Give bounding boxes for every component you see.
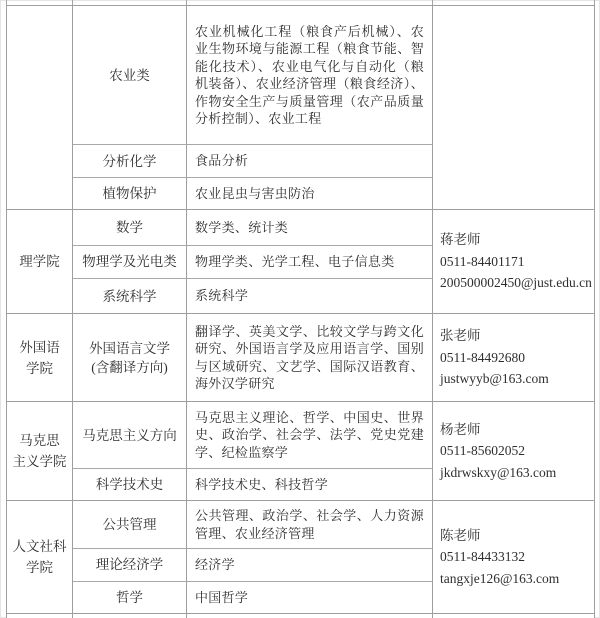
programs-cell: 翻译学、英美文学、比较文学与跨文化研究、外国语言学及应用语言学、国别与区域研究、… (187, 314, 433, 401)
college-cell (7, 6, 73, 209)
admissions-contact-table: 农业类 农业机械化工程（粮食产后机械）、农业生物环境与能源工程（粮食节能、智能化… (6, 5, 595, 618)
major-cell: 公共管理 (73, 501, 187, 548)
major-cell: 外国语言文学 (含翻译方向) (73, 314, 187, 401)
major-cell: 植物保护 (73, 178, 187, 209)
major-cell: 理论经济学 (73, 549, 187, 581)
contact-phone: 0511-84401171 (440, 251, 591, 273)
contact-name: 蒋老师 (440, 229, 591, 251)
major-cell: 马克思主义方向 (73, 402, 187, 468)
contact-name: 张老师 (440, 325, 591, 347)
table-row: 物理学及光电类 物理学类、光学工程、电子信息类 (73, 245, 433, 279)
table-row: 科学技术史 科学技术史、科技哲学 (73, 468, 433, 500)
programs-cell: 公共管理、政治学、社会学、人力资源管理、农业经济管理 (187, 501, 433, 548)
major-cell: 科学技术史 (73, 469, 187, 500)
programs-text: 农业机械化工程（粮食产后机械）、农业生物环境与能源工程（粮食节能、智能化技术）、… (195, 23, 424, 128)
contact-email: 200500002450@just.edu.cn (440, 272, 591, 294)
table-row: 数学 数学类、统计类 (73, 210, 433, 245)
programs-text: 数学类、统计类 (195, 219, 424, 237)
section-rows: 公共管理 公共管理、政治学、社会学、人力资源管理、农业经济管理 理论经济学 经济… (73, 501, 433, 613)
major-cell: 系统科学 (73, 279, 187, 313)
table-row: 马克思主义方向 马克思主义理论、哲学、中国史、世界史、政治学、社会学、法学、党史… (73, 402, 433, 468)
programs-text: 农业昆虫与害虫防治 (195, 185, 424, 203)
table-row: 外国语言文学 (含翻译方向) 翻译学、英美文学、比较文学与跨文化研究、外国语言学… (73, 314, 433, 401)
contact-cell: 蒋老师 0511-84401171 200500002450@just.edu.… (433, 210, 594, 313)
programs-cell: 马克思主义理论、哲学、中国史、世界史、政治学、社会学、法学、党史党建学、纪检监察… (187, 402, 433, 468)
major-cell: 物理学及光电类 (73, 246, 187, 279)
programs-text: 中国哲学 (195, 589, 424, 607)
programs-text: 经济学 (195, 556, 424, 574)
section-rows: 数学 数学类、统计类 物理学及光电类 物理学类、光学工程、电子信息类 系统科学 … (73, 210, 433, 313)
contact-phone: 0511-84492680 (440, 347, 591, 369)
college-cell (7, 614, 73, 618)
contact-phone: 0511-84433132 (440, 546, 591, 568)
table-section-agriculture: 农业类 农业机械化工程（粮食产后机械）、农业生物环境与能源工程（粮食节能、智能化… (7, 6, 594, 209)
programs-cell: 中国哲学 (187, 582, 433, 614)
programs-cell: 农业昆虫与害虫防治 (187, 178, 433, 209)
table-section-marxism: 马克思 主义学院 马克思主义方向 马克思主义理论、哲学、中国史、世界史、政治学、… (7, 401, 594, 500)
major-cell: 分析化学 (73, 145, 187, 177)
table-row: 植物保护 农业昆虫与害虫防治 (73, 177, 433, 209)
table-row (73, 614, 433, 618)
contact-cell: 张老师 0511-84492680 justwyyb@163.com (433, 314, 594, 401)
programs-cell: 经济学 (187, 549, 433, 581)
major-cell (73, 614, 187, 618)
contact-email: justwyyb@163.com (440, 368, 591, 390)
programs-cell: 系统科学 (187, 279, 433, 313)
programs-text: 系统科学 (195, 287, 424, 305)
college-cell: 外国语 学院 (7, 314, 73, 401)
table-row: 公共管理 公共管理、政治学、社会学、人力资源管理、农业经济管理 (73, 501, 433, 548)
section-rows: 外国语言文学 (含翻译方向) 翻译学、英美文学、比较文学与跨文化研究、外国语言学… (73, 314, 433, 401)
contact-phone: 0511-85602052 (440, 440, 591, 462)
programs-cell: 物理学类、光学工程、电子信息类 (187, 246, 433, 279)
programs-text: 公共管理、政治学、社会学、人力资源管理、农业经济管理 (195, 507, 424, 542)
table-row: 分析化学 食品分析 (73, 144, 433, 177)
contact-email: tangxje126@163.com (440, 568, 591, 590)
programs-cell: 农业机械化工程（粮食产后机械）、农业生物环境与能源工程（粮食节能、智能化技术）、… (187, 6, 433, 144)
section-rows (73, 614, 433, 618)
contact-name: 陈老师 (440, 525, 591, 547)
programs-cell: 食品分析 (187, 145, 433, 177)
table-row: 哲学 中国哲学 (73, 581, 433, 614)
table-row: 农业类 农业机械化工程（粮食产后机械）、农业生物环境与能源工程（粮食节能、智能化… (73, 6, 433, 144)
programs-cell (187, 614, 433, 618)
programs-text: 科学技术史、科技哲学 (195, 476, 424, 494)
table-section-humanities: 人文社科 学院 公共管理 公共管理、政治学、社会学、人力资源管理、农业经济管理 … (7, 500, 594, 613)
section-rows: 农业类 农业机械化工程（粮食产后机械）、农业生物环境与能源工程（粮食节能、智能化… (73, 6, 433, 209)
table-row: 系统科学 系统科学 (73, 278, 433, 313)
major-cell: 数学 (73, 210, 187, 245)
table-row: 理论经济学 经济学 (73, 548, 433, 581)
contact-cell (433, 614, 594, 618)
programs-cell: 科学技术史、科技哲学 (187, 469, 433, 500)
contact-cell (433, 6, 594, 209)
college-cell: 马克思 主义学院 (7, 402, 73, 500)
contact-cell: 陈老师 0511-84433132 tangxje126@163.com (433, 501, 594, 613)
contact-email: jkdrwskxy@163.com (440, 462, 591, 484)
programs-text: 物理学类、光学工程、电子信息类 (195, 253, 424, 271)
college-cell: 理学院 (7, 210, 73, 313)
table-section-science: 理学院 数学 数学类、统计类 物理学及光电类 物理学类、光学工程、电子信息类 系… (7, 209, 594, 313)
table-section-partial (7, 613, 594, 618)
table-section-foreign-languages: 外国语 学院 外国语言文学 (含翻译方向) 翻译学、英美文学、比较文学与跨文化研… (7, 313, 594, 401)
programs-text: 翻译学、英美文学、比较文学与跨文化研究、外国语言学及应用语言学、国别与区域研究、… (195, 323, 424, 393)
programs-cell: 数学类、统计类 (187, 210, 433, 245)
major-cell: 哲学 (73, 582, 187, 614)
contact-name: 杨老师 (440, 419, 591, 441)
programs-text: 马克思主义理论、哲学、中国史、世界史、政治学、社会学、法学、党史党建学、纪检监察… (195, 409, 424, 462)
programs-text: 食品分析 (195, 152, 424, 170)
section-rows: 马克思主义方向 马克思主义理论、哲学、中国史、世界史、政治学、社会学、法学、党史… (73, 402, 433, 500)
major-cell: 农业类 (73, 6, 187, 144)
college-cell: 人文社科 学院 (7, 501, 73, 613)
contact-cell: 杨老师 0511-85602052 jkdrwskxy@163.com (433, 402, 594, 500)
